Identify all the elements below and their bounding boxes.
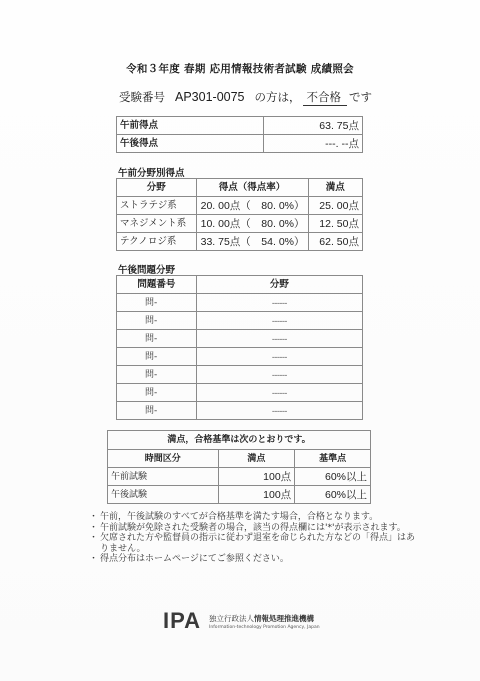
field-name: テクノロジ系: [117, 233, 197, 251]
note-item: 午前，午後試験のすべてが合格基準を満たす場合，合格となります。: [91, 512, 421, 523]
question-field: ------: [196, 330, 362, 348]
column-header: 分野: [196, 276, 362, 294]
field-name: マネジメント系: [117, 215, 197, 233]
page-title: 令和３年度 春期 応用情報技術者試験 成績照会: [0, 61, 480, 76]
organization-name: 独立行政法人情報処理推進機構 Information-technology Pr…: [209, 613, 320, 630]
pm-questions-table: 問題番号 分野 問- ------ 問- ------ 問- ------ 問-…: [116, 275, 363, 420]
table-row: ストラテジ系 20. 00点（ 80. 0%） 25. 00点: [117, 197, 363, 215]
field-score: 33. 75点（ 54. 0%）: [196, 233, 308, 251]
table-header-row: 分野 得点（得点率） 満点: [117, 179, 363, 197]
field-max: 62. 50点: [308, 233, 363, 251]
question-number: 問-: [117, 384, 197, 402]
period-max: 100点: [218, 486, 295, 504]
question-field: ------: [196, 366, 362, 384]
table-row: 午前試験 100点 60%以上: [108, 468, 371, 486]
table-row: 午後試験 100点 60%以上: [108, 486, 371, 504]
question-number: 問-: [117, 312, 197, 330]
question-number: 問-: [117, 294, 197, 312]
criteria-table: 満点，合格基準は次のとおりです。 時間区分 満点 基準点 午前試験 100点 6…: [107, 430, 371, 504]
table-row: 問- ------: [117, 366, 363, 384]
table-row: 午前得点 63. 75点: [117, 117, 363, 135]
am-breakdown-heading: 午前分野別得点: [118, 165, 185, 179]
table-row: 問- ------: [117, 312, 363, 330]
field-max: 12. 50点: [308, 215, 363, 233]
question-number: 問-: [117, 348, 197, 366]
pm-score-value: ---. --点: [264, 135, 363, 153]
question-number: 問-: [117, 366, 197, 384]
pm-questions-heading: 午後問題分野: [118, 262, 175, 276]
note-item: 午前試験が免除された受験者の場合，該当の得点欄には'*'が表示されます。: [91, 523, 421, 534]
table-caption-row: 満点，合格基準は次のとおりです。: [108, 431, 371, 450]
question-number: 問-: [117, 402, 197, 420]
ipa-logo: IPA: [163, 610, 201, 632]
field-score: 10. 00点（ 80. 0%）: [196, 215, 308, 233]
table-row: 問- ------: [117, 330, 363, 348]
notes-list: 午前，午後試験のすべてが合格基準を満たす場合，合格となります。 午前試験が免除さ…: [91, 512, 421, 565]
pm-score-label: 午後得点: [117, 135, 264, 153]
column-header: 満点: [308, 179, 363, 197]
column-header: 時間区分: [108, 450, 219, 468]
question-field: ------: [196, 384, 362, 402]
field-max: 25. 00点: [308, 197, 363, 215]
question-field: ------: [196, 348, 362, 366]
am-score-value: 63. 75点: [264, 117, 363, 135]
field-score: 20. 00点（ 80. 0%）: [196, 197, 308, 215]
total-scores-table: 午前得点 63. 75点 午後得点 ---. --点: [116, 116, 363, 153]
column-header: 基準点: [295, 450, 371, 468]
period-label: 午前試験: [108, 468, 219, 486]
am-score-label: 午前得点: [117, 117, 264, 135]
column-header: 分野: [117, 179, 197, 197]
am-breakdown-table: 分野 得点（得点率） 満点 ストラテジ系 20. 00点（ 80. 0%） 25…: [116, 178, 363, 251]
note-item: 欠席された方や監督員の指示に従わず退室を命じられた方などの「得点」はありません。: [91, 533, 421, 554]
question-field: ------: [196, 402, 362, 420]
table-row: マネジメント系 10. 00点（ 80. 0%） 12. 50点: [117, 215, 363, 233]
field-name: ストラテジ系: [117, 197, 197, 215]
column-header: 満点: [218, 450, 295, 468]
table-header-row: 問題番号 分野: [117, 276, 363, 294]
org-prefix: 独立行政法人: [209, 614, 254, 623]
column-header: 問題番号: [117, 276, 197, 294]
table-row: 問- ------: [117, 402, 363, 420]
question-field: ------: [196, 312, 362, 330]
question-field: ------: [196, 294, 362, 312]
result-status: 不合格: [303, 89, 348, 106]
period-label: 午後試験: [108, 486, 219, 504]
column-header: 得点（得点率）: [196, 179, 308, 197]
table-row: 問- ------: [117, 384, 363, 402]
examinee-number-label: 受験番号: [119, 90, 165, 104]
org-name-english: Information-technology Promotion Agency,…: [209, 625, 320, 630]
note-item: 得点分布はホームページにてご参照ください。: [91, 554, 421, 565]
org-name: 情報処理推進機構: [254, 614, 314, 623]
score-report-page: 令和３年度 春期 応用情報技術者試験 成績照会 受験番号AP301-0075の方…: [0, 0, 480, 681]
period-max: 100点: [218, 468, 295, 486]
question-number: 問-: [117, 330, 197, 348]
period-threshold: 60%以上: [295, 486, 371, 504]
table-row: 問- ------: [117, 348, 363, 366]
examinee-result-line: 受験番号AP301-0075の方は，不合格です: [119, 89, 372, 106]
examinee-connector: の方は，: [255, 90, 301, 104]
table-header-row: 時間区分 満点 基準点: [108, 450, 371, 468]
examinee-id: AP301-0075: [175, 90, 245, 104]
table-row: 午後得点 ---. --点: [117, 135, 363, 153]
examinee-suffix: です: [349, 90, 372, 104]
table-row: テクノロジ系 33. 75点（ 54. 0%） 62. 50点: [117, 233, 363, 251]
footer: IPA 独立行政法人情報処理推進機構 Information-technolog…: [163, 610, 320, 632]
criteria-caption: 満点，合格基準は次のとおりです。: [108, 431, 371, 450]
table-row: 問- ------: [117, 294, 363, 312]
period-threshold: 60%以上: [295, 468, 371, 486]
